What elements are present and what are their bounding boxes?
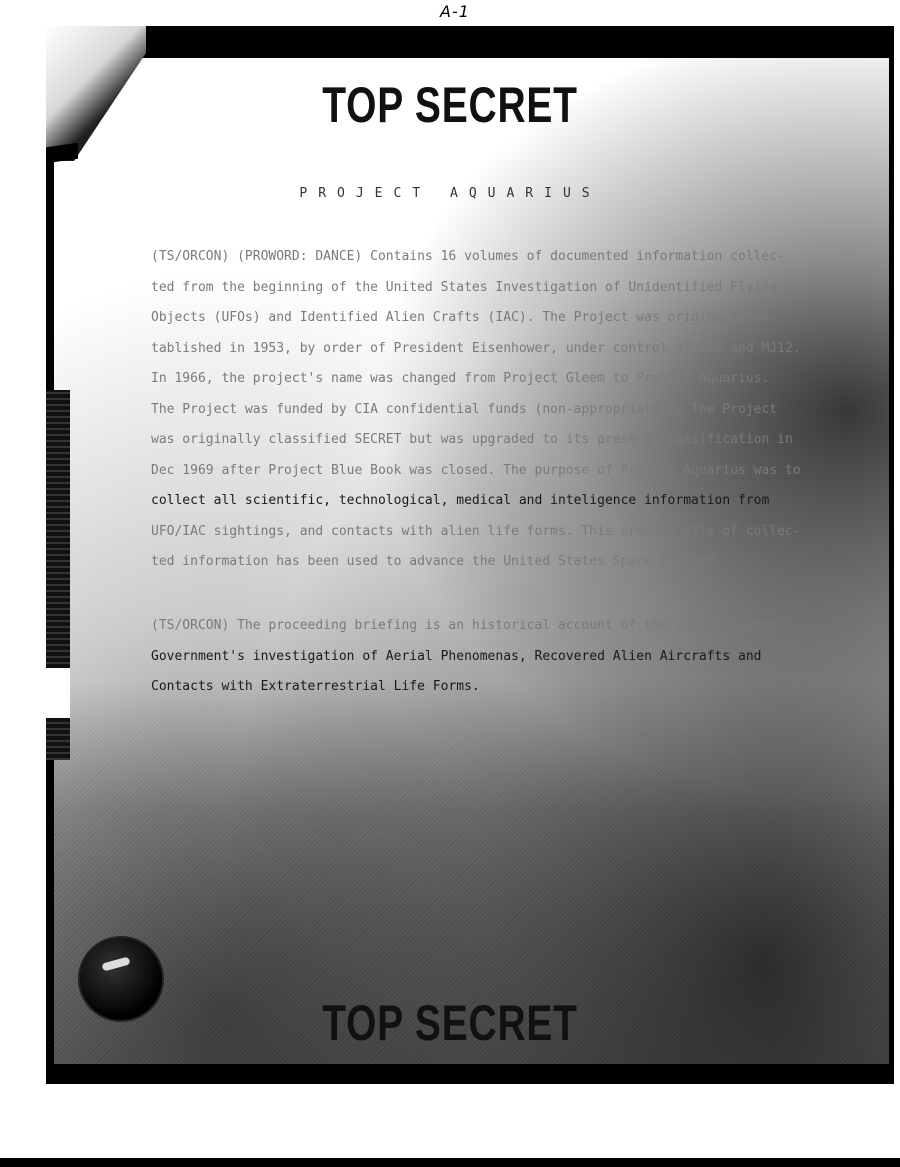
text-line: In 1966, the project's name was changed … [151,364,811,395]
seal-highlight [101,957,130,972]
document-title: PROJECT AQUARIUS [0,186,900,201]
text-line: (TS/ORCON) (PROWORD: DANCE) Contains 16 … [151,242,811,273]
paragraph-summary: (TS/ORCON) (PROWORD: DANCE) Contains 16 … [151,242,811,578]
text-line: Objects (UFOs) and Identified Alien Craf… [151,303,811,334]
classification-header: TOP SECRET [99,76,801,134]
paragraph-briefing: (TS/ORCON) The proceeding briefing is an… [151,611,811,703]
text-line: Dec 1969 after Project Blue Book was clo… [151,456,811,487]
text-line: was originally classified SECRET but was… [151,425,811,456]
classification-footer: TOP SECRET [99,994,801,1052]
text-line: collect all scientific, technological, m… [151,486,811,517]
binding-gap [46,668,70,718]
text-line: Government's investigation of Aerial Phe… [151,642,811,673]
text-line: ted from the beginning of the United Sta… [151,273,811,304]
text-line: (TS/ORCON) The proceeding briefing is an… [151,611,811,642]
text-line: UFO/IAC sightings, and contacts with ali… [151,517,811,548]
text-line: The Project was funded by CIA confidenti… [151,395,811,426]
text-line: Contacts with Extraterrestrial Life Form… [151,672,811,703]
text-line: tablished in 1953, by order of President… [151,334,811,365]
text-line: ted information has been used to advance… [151,547,811,578]
scan-bottom-edge [0,1158,900,1167]
handwritten-page-number: A-1 [440,2,470,21]
